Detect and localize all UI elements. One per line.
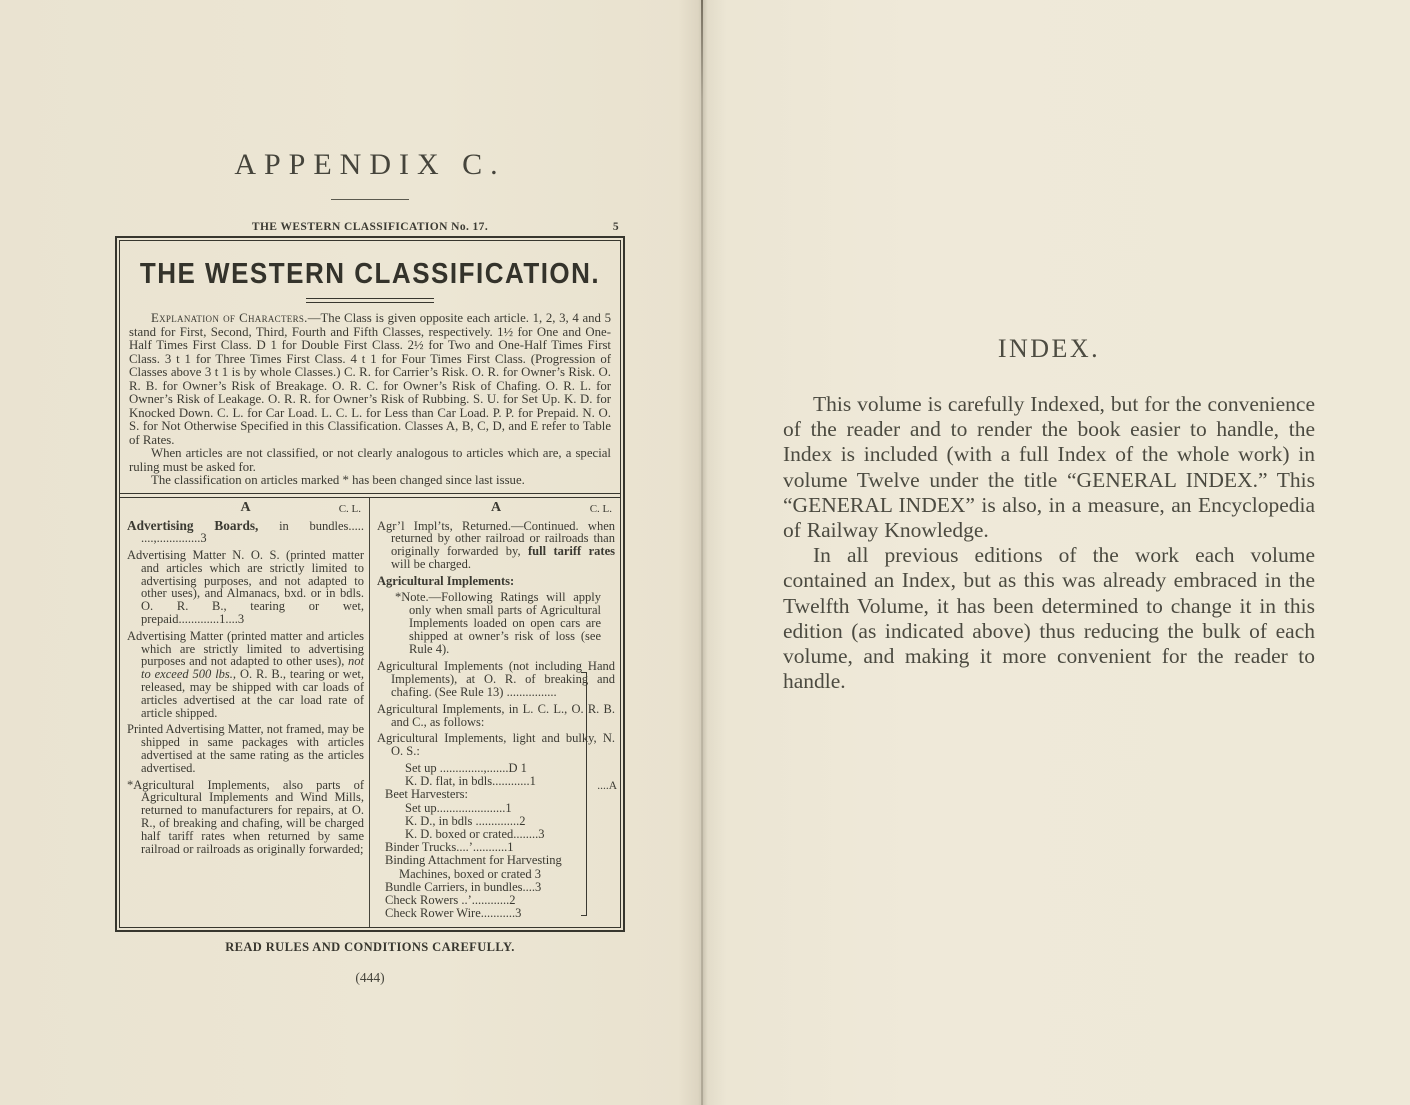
- table-row: Advertising Matter N. O. S. (printed mat…: [127, 549, 364, 626]
- left-page: APPENDIX C. THE WESTERN CLASSIFICATION N…: [115, 148, 625, 986]
- running-head-row: THE WESTERN CLASSIFICATION No. 17. 5: [115, 221, 625, 233]
- column-right: A C. L. Agr’l Impl’ts, Returned.—Continu…: [370, 498, 620, 928]
- table-row: Set up......................1: [377, 802, 615, 815]
- column-left-header: A C. L.: [127, 500, 364, 520]
- explanation-lead: Explanation of Characters.: [151, 311, 308, 325]
- appendix-divider: [331, 199, 409, 200]
- table-row: *Agricultural Implements, also parts of …: [127, 779, 364, 856]
- class-a-brace: [581, 672, 587, 916]
- classification-columns: A C. L. Advertising Boards, in bundles..…: [120, 498, 620, 928]
- column-letter: A: [240, 500, 250, 515]
- table-row: Advertising Boards, in bundles..... ....…: [127, 520, 364, 546]
- table-note: *Note.—Following Ratings will apply only…: [381, 591, 601, 655]
- running-head: THE WESTERN CLASSIFICATION No. 17.: [252, 221, 488, 233]
- column-right-header: A C. L.: [377, 500, 615, 520]
- book-spine-crease: [701, 0, 703, 1105]
- explanation-paragraph: Explanation of Characters.—The Class is …: [129, 312, 611, 447]
- index-paragraph-2: In all previous editions of the work eac…: [783, 543, 1315, 694]
- explanation-paragraph-3: The classification on articles marked * …: [129, 474, 611, 488]
- right-page: INDEX. This volume is carefully Indexed,…: [783, 334, 1315, 694]
- classification-box-inner: THE WESTERN CLASSIFICATION. Explanation …: [119, 240, 621, 928]
- classification-title: THE WESTERN CLASSIFICATION.: [120, 256, 620, 291]
- explanation-block: Explanation of Characters.—The Class is …: [120, 312, 620, 488]
- table-row: Agricultural Implements, in L. C. L., O.…: [377, 703, 615, 729]
- explanation-body: —The Class is given opposite each articl…: [129, 311, 611, 447]
- carload-header: C. L.: [590, 503, 612, 515]
- class-a-brace-label: ....A: [597, 780, 617, 792]
- entry-text: Advertising Matter (printed matter and a…: [127, 629, 364, 669]
- table-row: Binding Attachment for Harvesting Machin…: [377, 854, 615, 880]
- table-row: Agr’l Impl’ts, Returned.—Continued. when…: [377, 520, 615, 571]
- column-letter: A: [491, 500, 501, 515]
- classification-box: THE WESTERN CLASSIFICATION. Explanation …: [115, 236, 625, 932]
- table-row: Advertising Matter (printed matter and a…: [127, 630, 364, 720]
- title-underline: [306, 298, 434, 303]
- footer-warning: READ RULES AND CONDITIONS CAREFULLY.: [115, 940, 625, 955]
- table-section-head: Agricultural Implements:: [377, 575, 615, 588]
- explanation-paragraph-2: When articles are not classified, or not…: [129, 447, 611, 474]
- table-row: Printed Advertising Matter, not framed, …: [127, 723, 364, 774]
- table-row: Check Rower Wire...........3: [377, 907, 615, 920]
- table-row: Agricultural Implements, light and bulky…: [377, 732, 615, 758]
- entry-lead: Advertising Boards,: [127, 518, 258, 533]
- index-paragraph-1: This volume is carefully Indexed, but fo…: [783, 392, 1315, 543]
- left-page-number: (444): [115, 970, 625, 986]
- table-row: Agricultural Implements (not including H…: [377, 660, 615, 698]
- index-heading: INDEX.: [783, 334, 1315, 364]
- entry-bold: full tariff rates: [528, 544, 615, 558]
- book-scan: APPENDIX C. THE WESTERN CLASSIFICATION N…: [0, 0, 1410, 1105]
- table-section-head: Beet Harvesters:: [377, 788, 615, 801]
- carload-header: C. L.: [339, 503, 361, 515]
- column-left: A C. L. Advertising Boards, in bundles..…: [120, 498, 370, 928]
- appendix-heading: APPENDIX C.: [115, 148, 625, 182]
- running-page-number: 5: [613, 221, 619, 233]
- entry-text: will be charged.: [391, 557, 471, 571]
